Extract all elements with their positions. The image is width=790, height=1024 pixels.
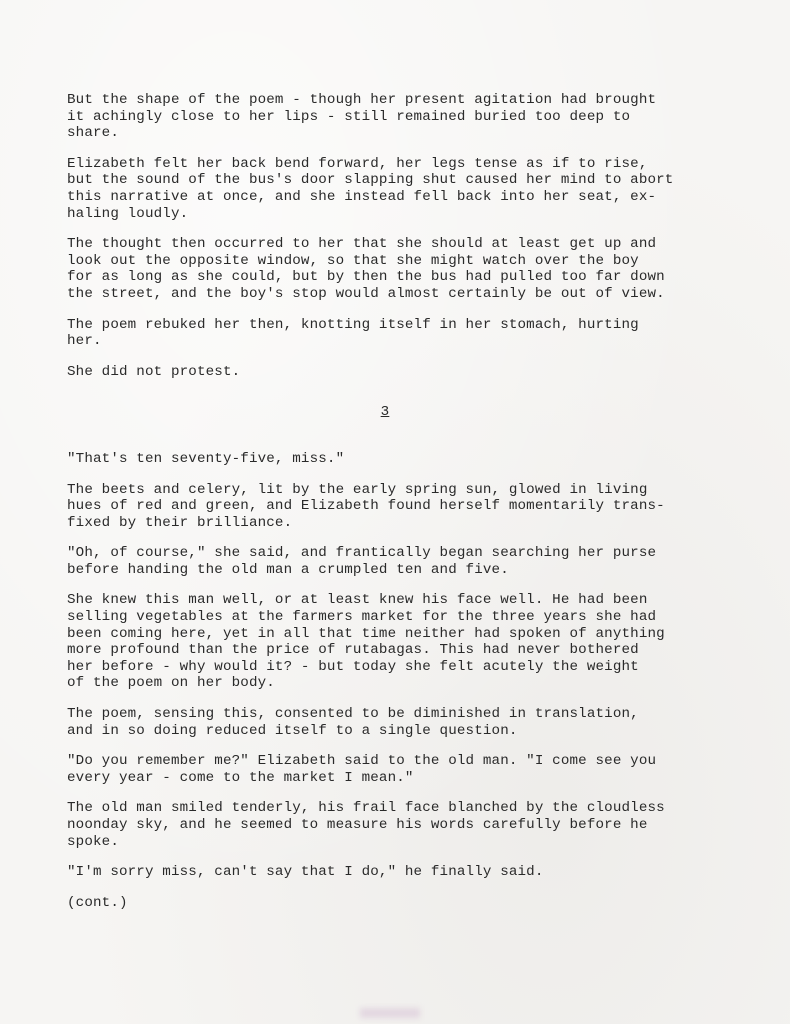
section-before: But the shape of the poem - though her p… xyxy=(67,92,737,380)
paragraph: The poem rebuked her then, knotting itse… xyxy=(67,317,737,350)
paragraph: "That's ten seventy-five, miss." xyxy=(67,451,737,468)
section-after: "That's ten seventy-five, miss."The beet… xyxy=(67,451,737,911)
paragraph: The beets and celery, lit by the early s… xyxy=(67,482,737,532)
paragraph: The poem, sensing this, consented to be … xyxy=(67,706,737,739)
paragraph: (cont.) xyxy=(67,895,737,912)
paragraph: The old man smiled tenderly, his frail f… xyxy=(67,800,737,850)
paper-stain xyxy=(360,1008,420,1018)
paragraph: She did not protest. xyxy=(67,364,737,381)
typewritten-page: But the shape of the poem - though her p… xyxy=(0,0,790,1024)
paragraph: "I'm sorry miss, can't say that I do," h… xyxy=(67,864,737,881)
paragraph: "Oh, of course," she said, and frantical… xyxy=(67,545,737,578)
paragraph: Elizabeth felt her back bend forward, he… xyxy=(67,156,737,222)
page-body: But the shape of the poem - though her p… xyxy=(67,92,737,925)
paragraph: But the shape of the poem - though her p… xyxy=(67,92,737,142)
paragraph: "Do you remember me?" Elizabeth said to … xyxy=(67,753,737,786)
paragraph: The thought then occurred to her that sh… xyxy=(67,236,737,302)
paragraph: She knew this man well, or at least knew… xyxy=(67,592,737,692)
section-number: 3 xyxy=(67,404,703,421)
